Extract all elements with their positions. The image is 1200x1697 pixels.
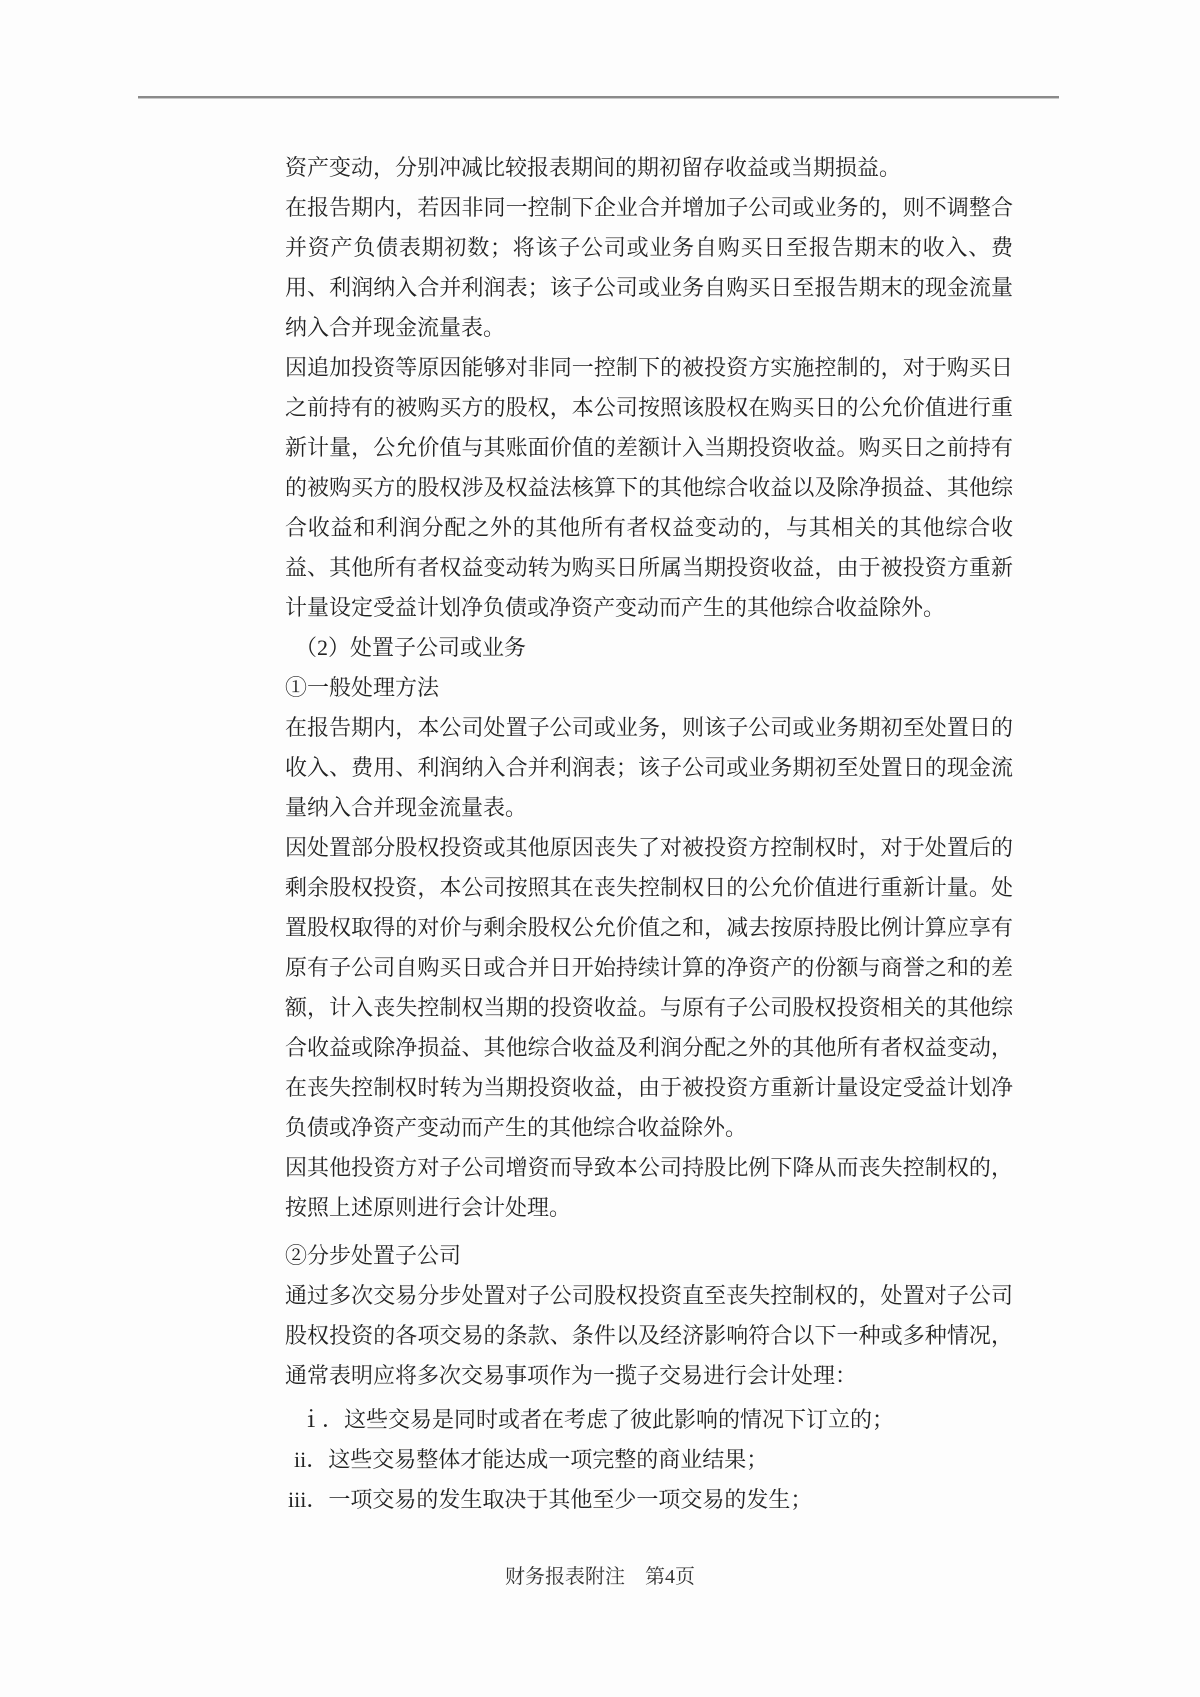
paragraph-additional-investment-control: 因追加投资等原因能够对非同一控制下的被投资方实施控制的，对于购买日之前持有的被购… — [285, 348, 1013, 628]
document-page: 资产变动，分别冲减比较报表期间的期初留存收益或当期损益。 在报告期内，若因非同一… — [0, 0, 1200, 1697]
heading-disposal-of-subsidiary: （2）处置子公司或业务 — [285, 628, 1013, 668]
paragraph-loss-of-control: 因处置部分股权投资或其他原因丧失了对被投资方控制权时，对于处置后的剩余股权投资，… — [285, 828, 1013, 1148]
heading-general-treatment: ①一般处理方法 — [285, 668, 1013, 708]
paragraph-disposal-reporting-period: 在报告期内，本公司处置子公司或业务，则该子公司或业务期初至处置日的收入、费用、利… — [285, 708, 1013, 828]
list-item-ii: ii．这些交易整体才能达成一项完整的商业结果； — [285, 1440, 1013, 1480]
paragraph-multiple-transactions: 通过多次交易分步处置对子公司股权投资直至丧失控制权的，处置对子公司股权投资的各项… — [285, 1276, 1013, 1396]
list-item-i: ｉ．这些交易是同时或者在考虑了彼此影响的情况下订立的； — [285, 1400, 1013, 1440]
list-item-iii: iii．一项交易的发生取决于其他至少一项交易的发生； — [285, 1480, 1013, 1520]
paragraph-opening-continued: 资产变动，分别冲减比较报表期间的期初留存收益或当期损益。 — [285, 148, 1013, 188]
paragraph-reporting-period-merger: 在报告期内，若因非同一控制下企业合并增加子公司或业务的，则不调整合并资产负债表期… — [285, 188, 1013, 348]
page-footer: 财务报表附注 第4页 — [0, 1563, 1200, 1591]
heading-stepwise-disposal: ②分步处置子公司 — [285, 1236, 1013, 1276]
document-body: 资产变动，分别冲减比较报表期间的期初留存收益或当期损益。 在报告期内，若因非同一… — [285, 148, 1013, 1520]
header-rule — [138, 96, 1059, 99]
paragraph-capital-increase-dilution: 因其他投资方对子公司增资而导致本公司持股比例下降从而丧失控制权的，按照上述原则进… — [285, 1148, 1013, 1228]
